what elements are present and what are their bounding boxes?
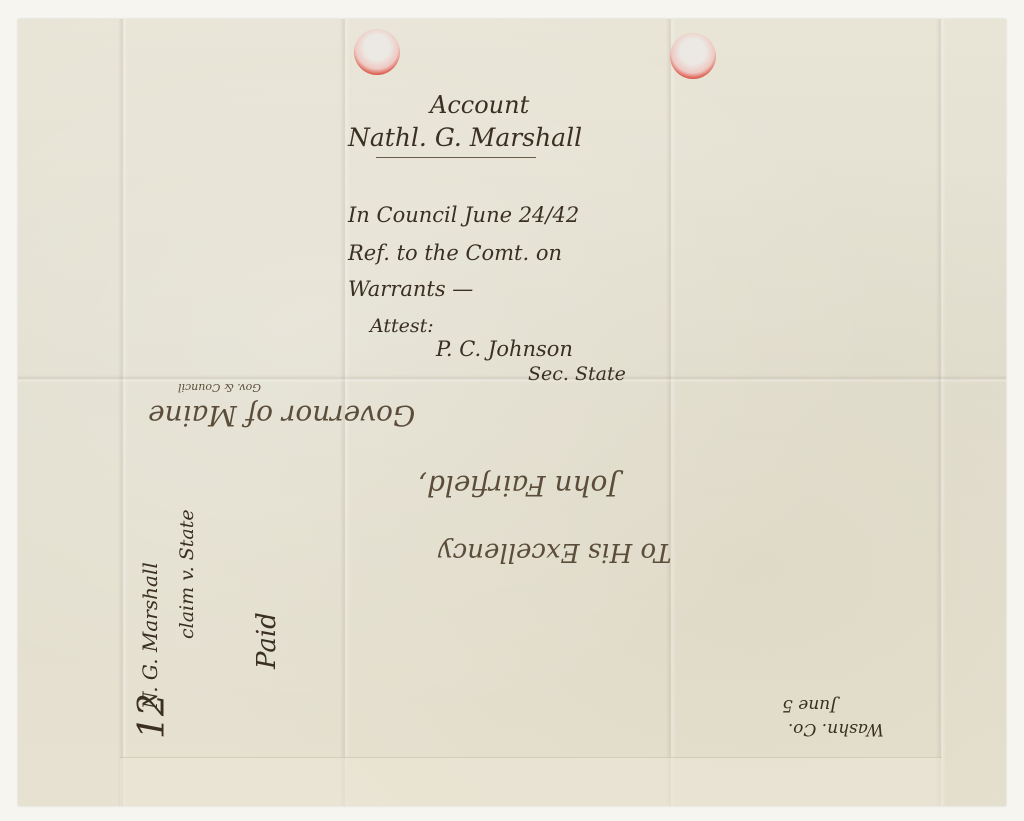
corner-note-line-2: June 5 [782, 695, 837, 715]
wax-seal-remnant [670, 33, 716, 79]
referral-line: Ref. to the Comt. on [348, 241, 562, 265]
address-line-1: To His Excellency [438, 537, 671, 567]
fold-line [936, 19, 946, 806]
fold-line [118, 19, 128, 806]
side-note-name: N. G. Marshall [138, 562, 162, 709]
council-line: In Council June 24/42 [348, 203, 579, 227]
signature: P. C. Johnson [436, 337, 573, 361]
docket-title: Account [430, 91, 529, 119]
paid-note: Paid [252, 612, 282, 669]
corner-note-line-1: Washn. Co. [788, 719, 884, 739]
divider [376, 157, 536, 158]
referral-line-2: Warrants — [348, 277, 473, 301]
address-note: Gov. & Council [178, 381, 261, 394]
side-note-number: 12 [132, 693, 173, 739]
document-page: Account Nathl. G. Marshall In Council Ju… [18, 19, 1006, 806]
fold-line [666, 19, 676, 806]
attest-label: Attest: [370, 315, 434, 337]
wax-seal-remnant [354, 29, 400, 75]
fold-line [18, 375, 1006, 383]
address-line-3: Governor of Maine [148, 399, 415, 432]
bottom-flap [120, 757, 942, 806]
docket-name: Nathl. G. Marshall [348, 123, 582, 152]
address-line-2: John Fairfield, [418, 469, 619, 502]
signature-title: Sec. State [528, 363, 626, 385]
side-note-claim: claim v. State [176, 509, 198, 639]
